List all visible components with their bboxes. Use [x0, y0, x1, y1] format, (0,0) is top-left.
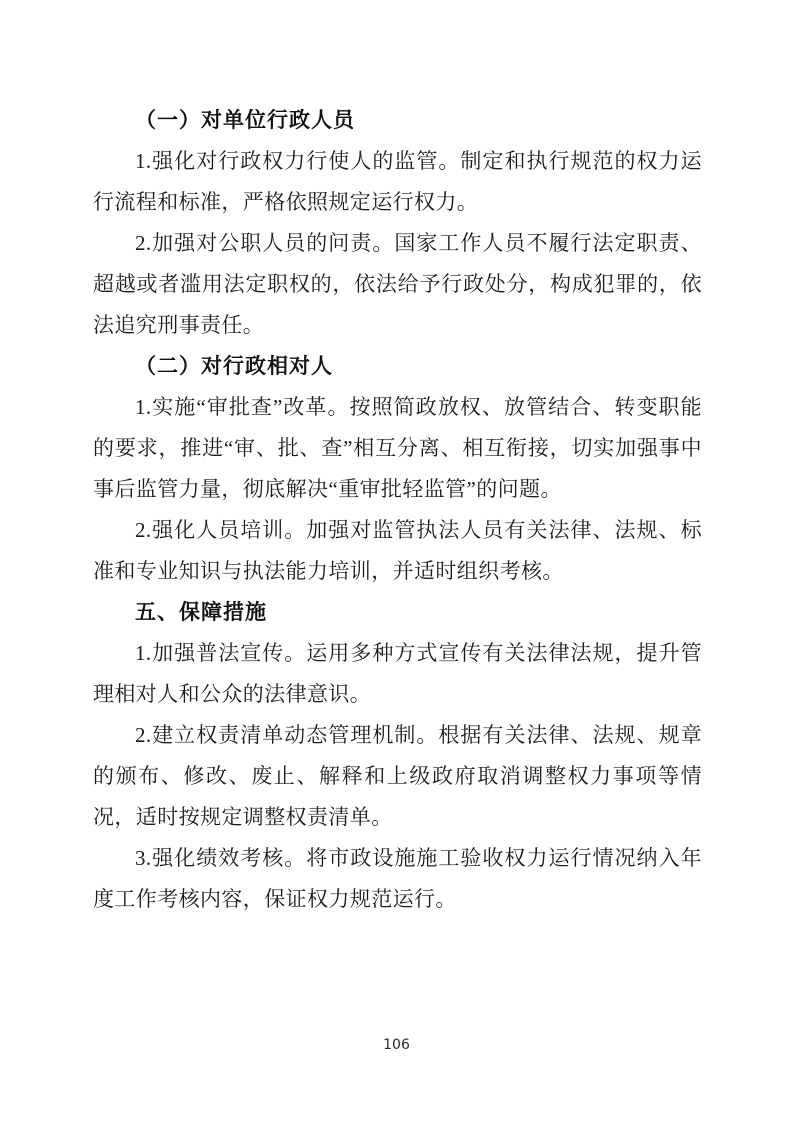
body-paragraph: 1.强化对行政权力行使人的监管。制定和执行规范的权力运行流程和标准，严格依照规定…	[93, 141, 702, 223]
body-paragraph: 3.强化绩效考核。将市政设施施工验收权力运行情况纳入年度工作考核内容，保证权力规…	[93, 838, 702, 920]
body-paragraph: 2.强化人员培训。加强对监管执法人员有关法律、法规、标准和专业知识与执法能力培训…	[93, 510, 702, 592]
section-heading-unit-admin-staff: （一）对单位行政人员	[93, 100, 702, 141]
body-paragraph: 1.实施“审批查”改革。按照简政放权、放管结合、转变职能的要求，推进“审、批、查…	[93, 387, 702, 510]
section-heading-counterparts: （二）对行政相对人	[93, 346, 702, 387]
body-paragraph: 2.加强对公职人员的问责。国家工作人员不履行法定职责、超越或者滥用法定职权的，依…	[93, 223, 702, 346]
document-body: （一）对单位行政人员 1.强化对行政权力行使人的监管。制定和执行规范的权力运行流…	[93, 100, 702, 920]
page-footer: 106	[0, 1036, 793, 1054]
body-paragraph: 1.加强普法宣传。运用多种方式宣传有关法律法规，提升管理相对人和公众的法律意识。	[93, 633, 702, 715]
page-number: 106	[383, 1037, 410, 1053]
document-page: （一）对单位行政人员 1.强化对行政权力行使人的监管。制定和执行规范的权力运行流…	[0, 0, 793, 1122]
chapter-heading-safeguards: 五、保障措施	[93, 592, 702, 633]
body-paragraph: 2.建立权责清单动态管理机制。根据有关法律、法规、规章的颁布、修改、废止、解释和…	[93, 715, 702, 838]
